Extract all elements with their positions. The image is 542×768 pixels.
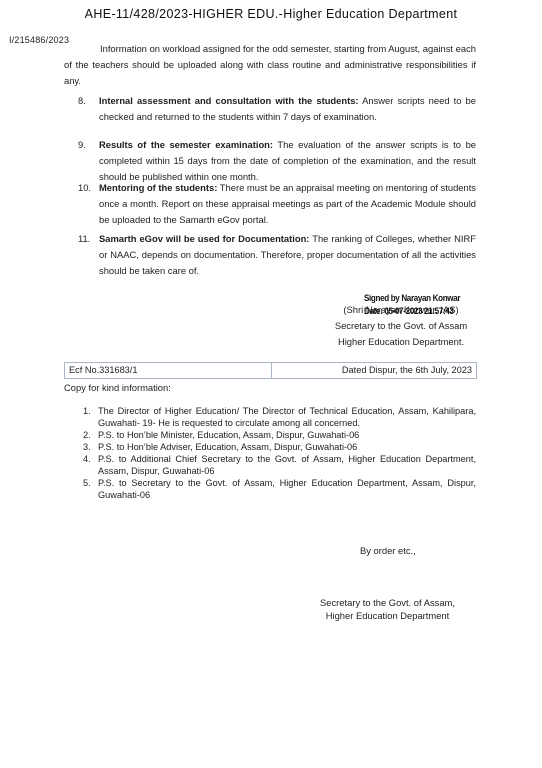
list-item: 2.P.S. to Hon’ble Minister, Education, A… bbox=[64, 429, 476, 441]
item-heading: Internal assessment and consultation wit… bbox=[99, 95, 359, 106]
list-item: 11.Samarth eGov will be used for Documen… bbox=[99, 231, 476, 279]
digital-signature-stamp: Signed by Narayan Konwar Date: 05-07-202… bbox=[364, 291, 460, 317]
recipient-number: 3. bbox=[83, 441, 91, 453]
signatory-department: Higher Education Department. bbox=[296, 334, 506, 350]
closing-department: Higher Education Department bbox=[300, 609, 475, 622]
by-order-text: By order etc., bbox=[360, 545, 416, 556]
recipient-number: 2. bbox=[83, 429, 91, 441]
closing-designation: Secretary to the Govt. of Assam, bbox=[300, 596, 475, 609]
list-item: 5.P.S. to Secretary to the Govt. of Assa… bbox=[64, 477, 476, 501]
list-item: 9.Results of the semester examination: T… bbox=[99, 137, 476, 185]
recipient-text: P.S. to Secretary to the Govt. of Assam,… bbox=[98, 478, 476, 500]
item-heading: Results of the semester examination: bbox=[99, 139, 273, 150]
item-heading: Samarth eGov will be used for Documentat… bbox=[99, 233, 309, 244]
item-number: 11. bbox=[78, 231, 90, 247]
ecf-number: Ecf No.331683/1 bbox=[65, 363, 272, 378]
closing-signatory-block: Secretary to the Govt. of Assam, Higher … bbox=[300, 596, 475, 622]
recipient-text: P.S. to Hon’ble Adviser, Education, Assa… bbox=[98, 442, 357, 452]
copy-recipients-list: 1.The Director of Higher Education/ The … bbox=[64, 405, 476, 501]
item-number: 9. bbox=[78, 137, 86, 153]
list-item: 4.P.S. to Additional Chief Secretary to … bbox=[64, 453, 476, 477]
digital-signature-date: Date: 05-07-2023 21:57:43 bbox=[364, 304, 460, 317]
list-item: 8.Internal assessment and consultation w… bbox=[99, 93, 476, 125]
document-header: AHE-11/428/2023-HIGHER EDU.-Higher Educa… bbox=[0, 7, 542, 21]
item-heading: Mentoring of the students: bbox=[99, 182, 217, 193]
digital-signed-by: Signed by Narayan Konwar bbox=[364, 291, 460, 304]
dated-line: Dated Dispur, the 6th July, 2023 bbox=[272, 363, 476, 378]
copy-title: Copy for kind information: bbox=[64, 381, 171, 395]
recipient-text: P.S. to Additional Chief Secretary to th… bbox=[98, 454, 476, 476]
item-number: 8. bbox=[78, 93, 86, 109]
recipient-text: P.S. to Hon’ble Minister, Education, Ass… bbox=[98, 430, 359, 440]
recipient-number: 5. bbox=[83, 477, 91, 489]
signatory-designation: Secretary to the Govt. of Assam bbox=[296, 318, 506, 334]
intro-paragraph: Information on workload assigned for the… bbox=[64, 41, 476, 89]
list-item: 10.Mentoring of the students: There must… bbox=[99, 180, 476, 228]
receipt-number-stamp: I/215486/2023 bbox=[9, 35, 69, 45]
recipient-number: 1. bbox=[83, 405, 91, 417]
reference-table: Ecf No.331683/1 Dated Dispur, the 6th Ju… bbox=[64, 362, 477, 379]
list-item: 1.The Director of Higher Education/ The … bbox=[64, 405, 476, 429]
item-number: 10. bbox=[78, 180, 91, 196]
recipient-number: 4. bbox=[83, 453, 91, 465]
recipient-text: The Director of Higher Education/ The Di… bbox=[98, 406, 476, 428]
list-item: 3.P.S. to Hon’ble Adviser, Education, As… bbox=[64, 441, 476, 453]
